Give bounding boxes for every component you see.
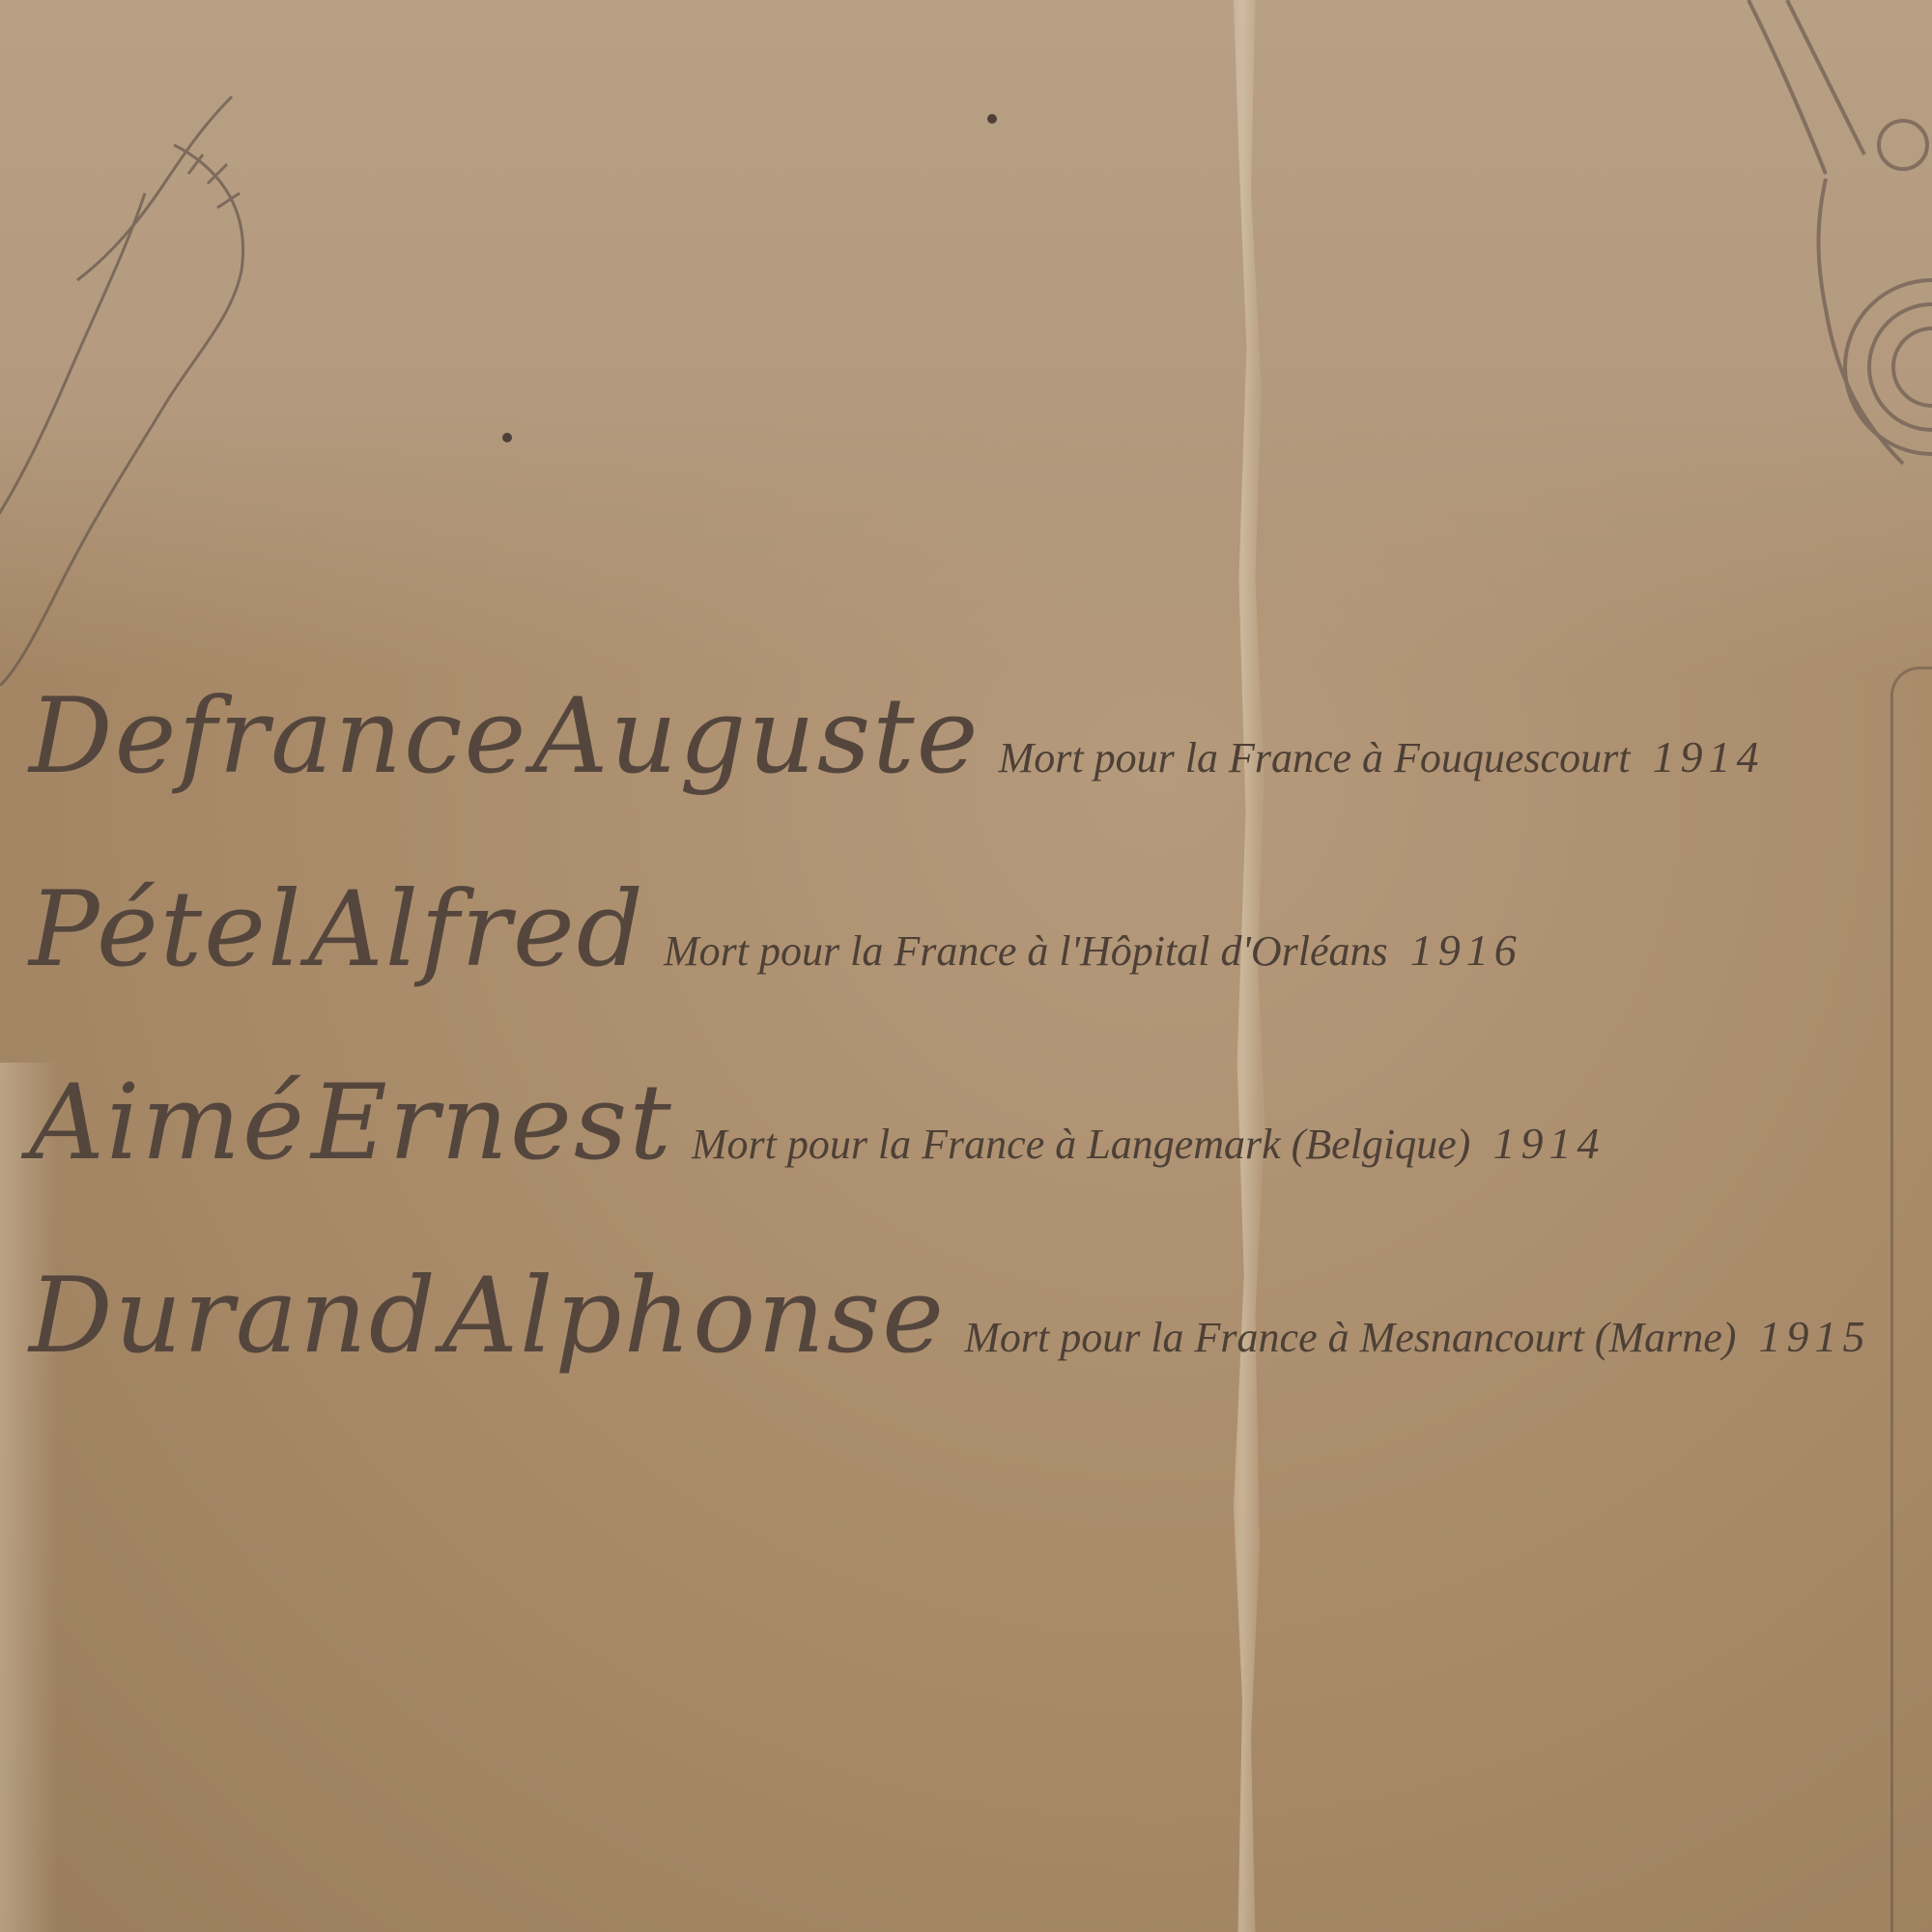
entry-given-name: Alfred xyxy=(308,869,645,990)
paper-worn-edge xyxy=(0,1063,58,1932)
entry-given-name: Alphonse xyxy=(442,1256,946,1377)
entry-surname: Durand xyxy=(29,1256,438,1377)
entry-year: 1914 xyxy=(1492,1119,1605,1168)
ink-spot xyxy=(502,433,512,442)
entry-note: Mort pour la France à Mesnancourt (Marne… xyxy=(964,1314,1736,1361)
drawn-hand-illustration xyxy=(0,87,290,686)
memorial-entry: Durand Alphonse Mort pour la France à Me… xyxy=(29,1256,1871,1377)
ink-spot xyxy=(987,114,997,124)
paper-background xyxy=(0,0,1932,676)
entry-surname: Aimé xyxy=(29,1063,306,1183)
entry-given-name: Ernest xyxy=(311,1063,673,1183)
entry-surname: Defrance xyxy=(29,676,527,797)
memorial-entry: Pétel Alfred Mort pour la France à l'Hôp… xyxy=(29,869,1522,990)
drawn-column-ornament xyxy=(1710,0,1932,483)
entry-surname: Pétel xyxy=(29,869,303,990)
memorial-entry: Defrance Auguste Mort pour la France à F… xyxy=(29,676,1765,797)
memorial-entry: Aimé Ernest Mort pour la France à Langem… xyxy=(29,1063,1605,1183)
entry-year: 1915 xyxy=(1759,1312,1871,1361)
entry-note: Mort pour la France à Langemark (Belgiqu… xyxy=(692,1121,1471,1168)
entry-given-name: Auguste xyxy=(533,676,980,797)
entry-year: 1916 xyxy=(1410,925,1522,975)
frame-edge xyxy=(1890,667,1932,1932)
entry-year: 1914 xyxy=(1653,732,1765,781)
entry-note: Mort pour la France à l'Hôpital d'Orléan… xyxy=(664,927,1388,975)
entry-note: Mort pour la France à Fouquescourt xyxy=(999,734,1631,781)
